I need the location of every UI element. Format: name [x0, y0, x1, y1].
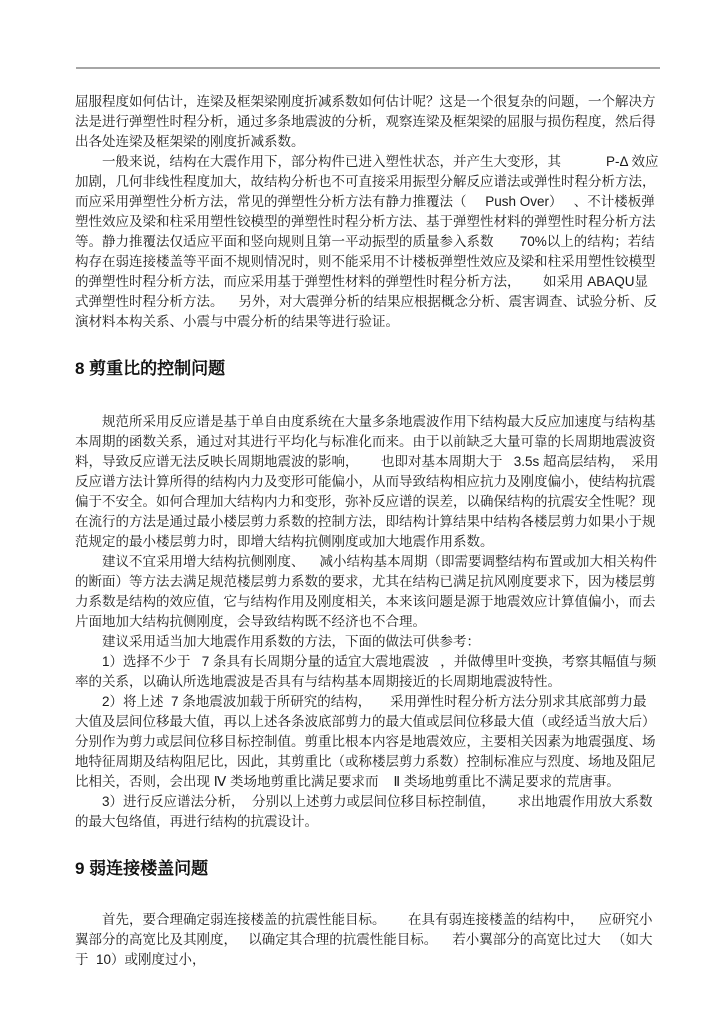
section-heading-8-shear-weight-ratio: 8 剪重比的控制问题 — [75, 356, 660, 382]
paragraph-yield-estimation: 屈服程度如何估计，连梁及框架梁刚度折减系数如何估计呢？这是一个很复杂的问题，一个… — [75, 92, 660, 152]
paragraph-stiffness-recommendation: 建议不宜采用增大结构抗侧刚度、 减小结构基本周期（即需要调整结构布置或加大相关构… — [75, 552, 660, 632]
document-content: 屈服程度如何估计，连梁及框架梁刚度折减系数如何估计呢？这是一个很复杂的问题，一个… — [75, 92, 660, 970]
paragraph-step-2-time-history: 2）将上述 7 条地震波加载于所研究的结构， 采用弹性时程分析方法分别求其底部剪… — [75, 692, 660, 792]
paragraph-step-1-wave-selection: 1）选择不少于 7 条具有长周期分量的适宜大震地震波 ，并做傅里叶变换，考察其幅… — [75, 652, 660, 692]
section-heading-9-weak-connection-floor: 9 弱连接楼盖问题 — [75, 856, 660, 882]
paragraph-amplify-seismic-coefficient: 建议采用适当加大地震作用系数的方法，下面的做法可供参考： — [75, 632, 660, 652]
document-page: 屈服程度如何估计，连梁及框架梁刚度折减系数如何估计呢？这是一个很复杂的问题，一个… — [0, 0, 723, 1024]
header-separator-line — [76, 67, 660, 69]
paragraph-elastoplastic-analysis: 一般来说，结构在大震作用下，部分构件已进入塑性状态，并产生大变形，其 P-Δ 效… — [75, 152, 660, 332]
paragraph-response-spectrum: 规范所采用反应谱是基于单自由度系统在大量多条地震波作用下结构最大反应加速度与结构… — [75, 412, 660, 552]
paragraph-weak-floor-performance-goal: 首先，要合理确定弱连接楼盖的抗震性能目标。 在具有弱连接楼盖的结构中， 应研究小… — [75, 910, 660, 970]
paragraph-step-3-spectrum-analysis: 3）进行反应谱法分析， 分别以上述剪力或层间位移目标控制值， 求出地震作用放大系… — [75, 792, 660, 832]
